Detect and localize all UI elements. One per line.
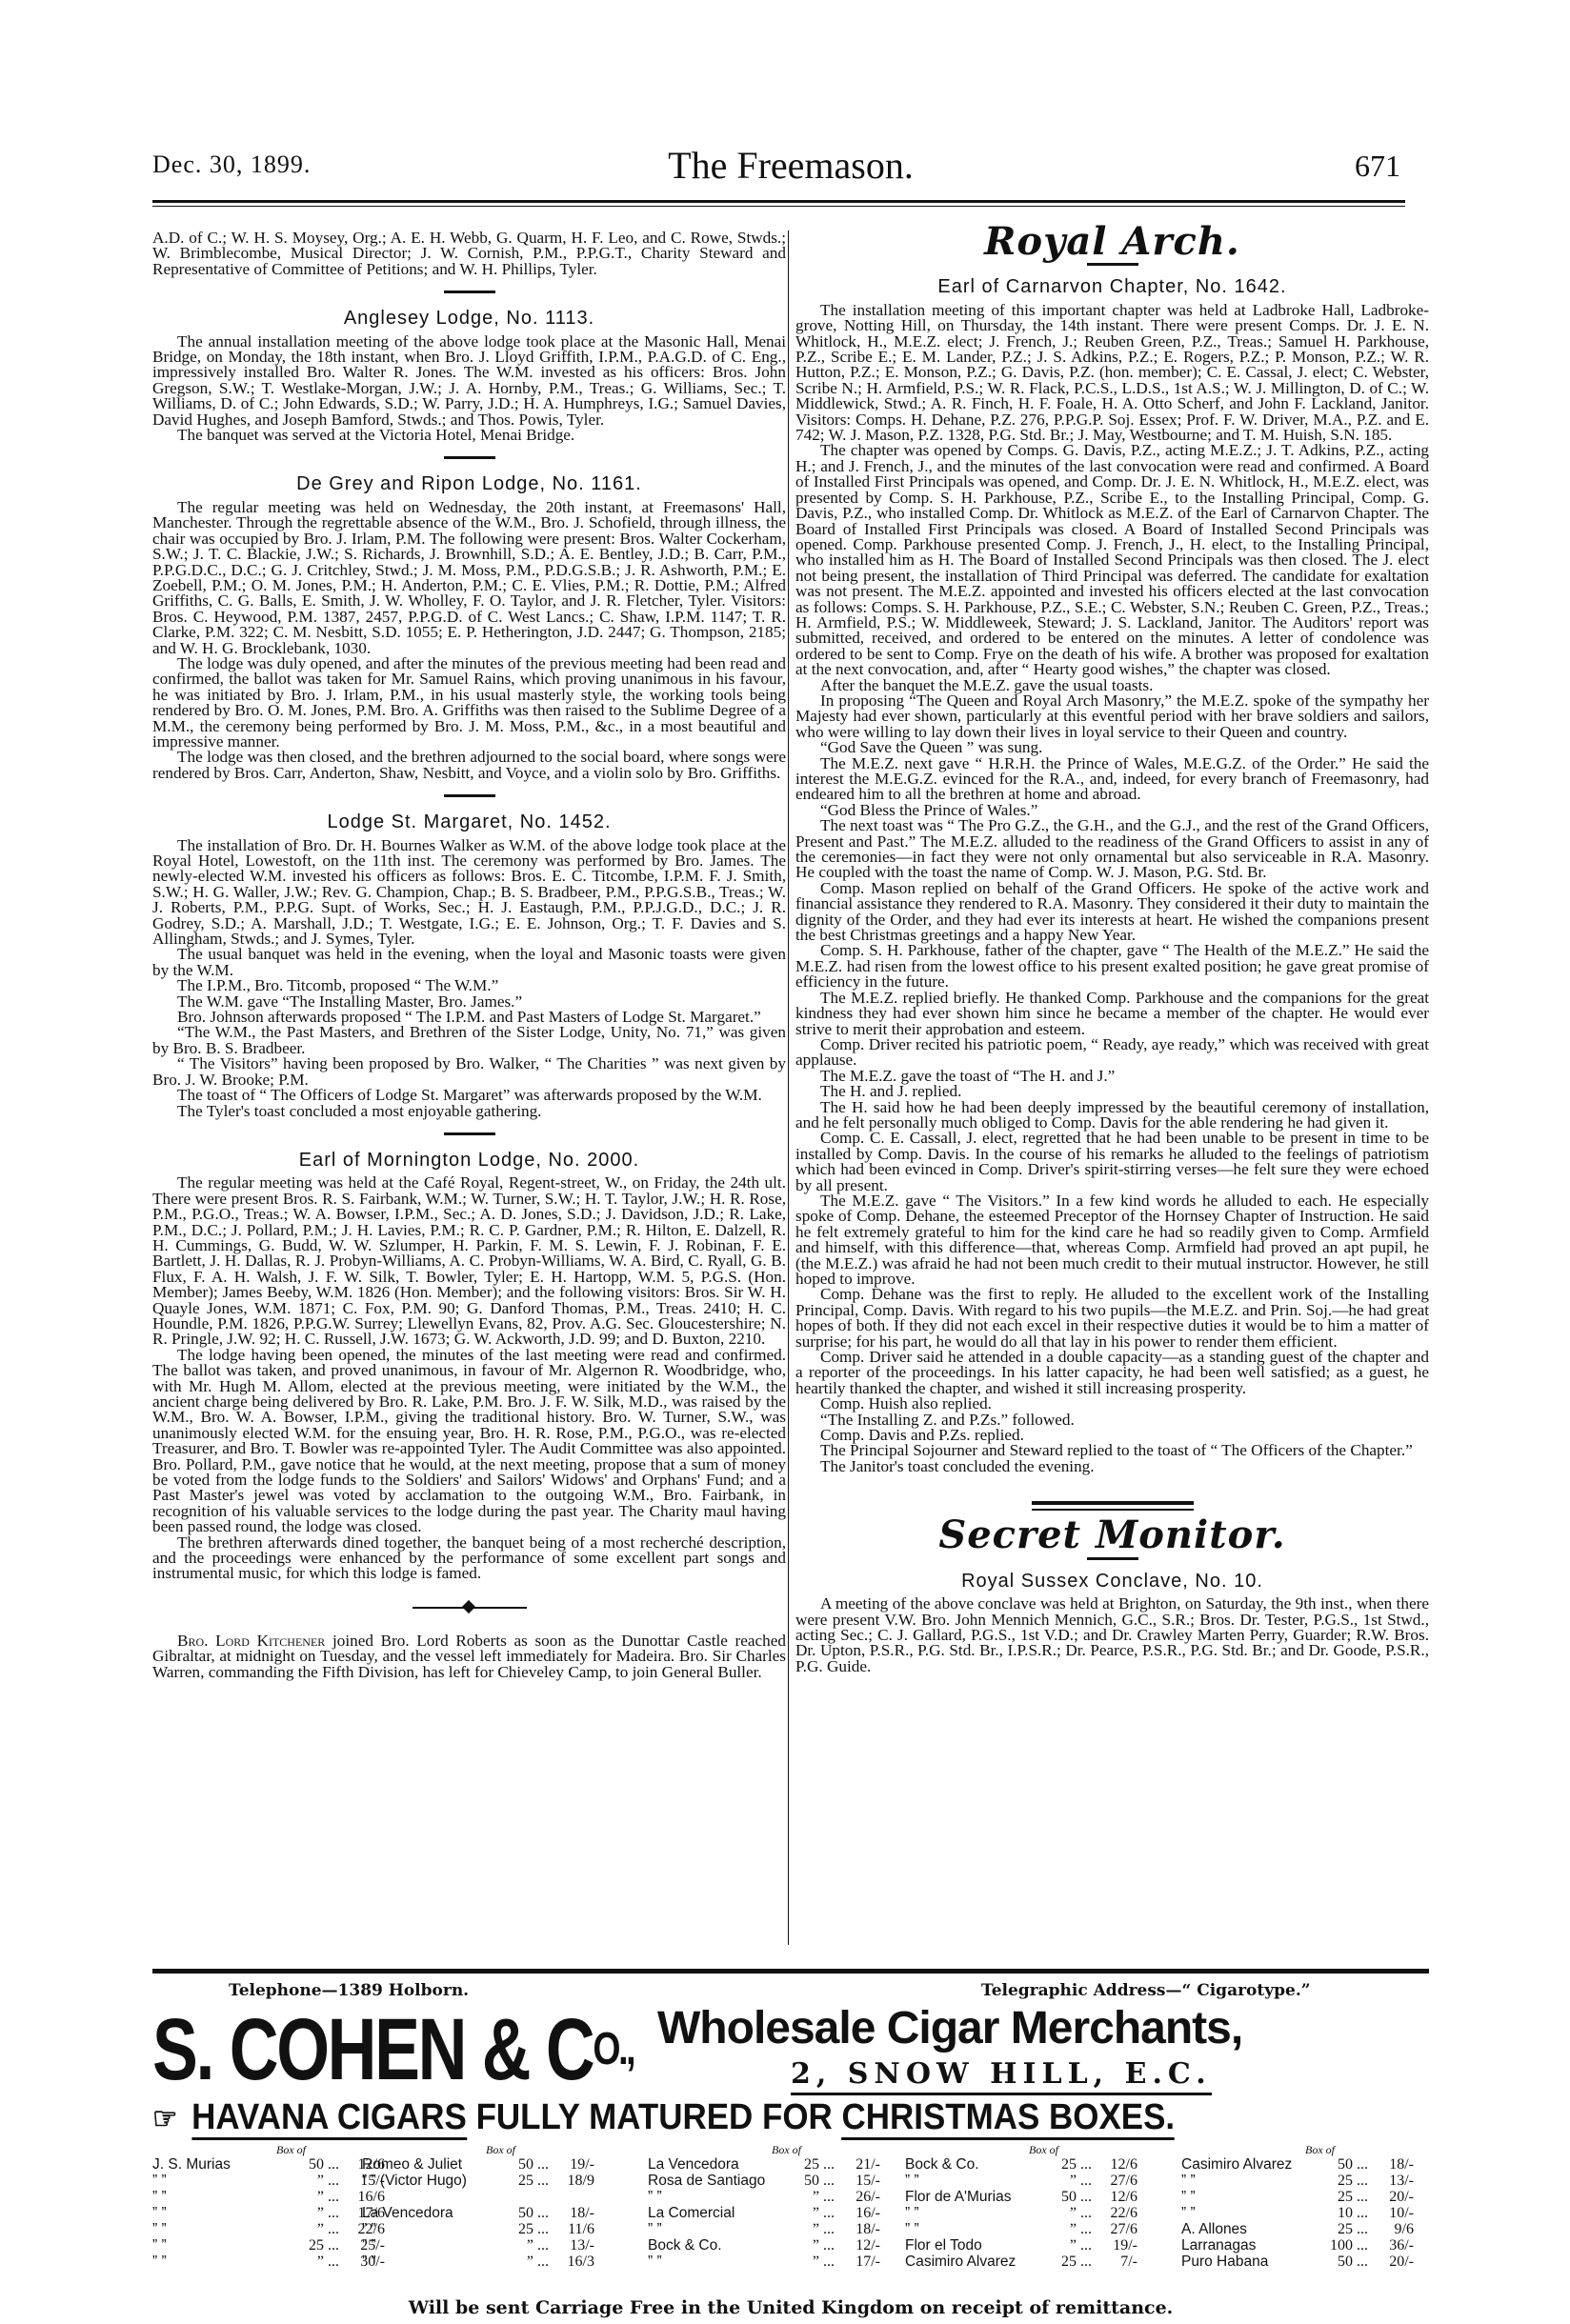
paragraph: Comp. C. E. Cassall, J. elect, regretted… (795, 1131, 1429, 1193)
price-row: ” ”” ... 22/6 (905, 2205, 1137, 2221)
paragraph: The M.E.Z. gave “ The Visitors.” In a fe… (795, 1193, 1429, 1287)
price-row: ” ”” ... 22/6 (152, 2221, 385, 2237)
cigar-name: ” ” (362, 2221, 495, 2237)
cigar-name: ” ” (152, 2205, 286, 2221)
leader-dots: ... (1077, 2156, 1096, 2173)
price: 18/- (838, 2221, 880, 2237)
price-row: La Comercial” ... 16/- (648, 2205, 880, 2221)
box-quantity: 50 (495, 2205, 533, 2221)
paragraph: The lodge having been opened, the minute… (152, 1348, 786, 1535)
cigar-name: ” ” (1181, 2205, 1315, 2221)
telephone: Telephone—1389 Holborn. (229, 1981, 469, 2000)
cigar-name: A. Allones (1181, 2221, 1315, 2237)
price-row: ” ”” ... 17/6 (152, 2205, 385, 2221)
cigar-name: Casimiro Alvarez (1181, 2156, 1315, 2173)
cigar-name: ” ” (905, 2173, 1038, 2189)
left-column: A.D. of C.; W. H. S. Moysey, Org.; A. E.… (152, 230, 786, 1680)
leader-dots: ... (819, 2221, 838, 2237)
box-quantity: ” (1038, 2205, 1077, 2221)
cigar-advertisement: Telephone—1389 Holborn. Telegraphic Addr… (152, 1969, 1429, 2276)
box-quantity: 25 (495, 2173, 533, 2189)
article-body: The installation meeting of this importa… (795, 303, 1429, 1474)
paragraph: The brethren afterwards dined together, … (152, 1535, 786, 1582)
news-note: Bro. Lord Kitchener joined Bro. Lord Rob… (152, 1633, 786, 1680)
separator (444, 794, 495, 797)
leader-dots: ... (324, 2156, 343, 2173)
price-row: J. S. Murias50 ... 12/6 (152, 2156, 385, 2173)
box-of-label: Box of (362, 2143, 594, 2156)
box-quantity: 50 (1315, 2254, 1353, 2270)
price-row: Rosa de Santiago50 ... 15/- (648, 2173, 880, 2189)
price: 12/6 (1096, 2156, 1137, 2173)
leader-dots: ... (1077, 2221, 1096, 2237)
leader-dots: ... (324, 2237, 343, 2254)
cigar-name: ” ” (Victor Hugo) (362, 2173, 495, 2189)
ad-offer: ☞HAVANA CIGARS FULLY MATURED FOR CHRISTM… (152, 2097, 1327, 2143)
cigar-name: ” ” (648, 2221, 781, 2237)
separator (444, 1132, 495, 1135)
box-quantity: ” (495, 2237, 533, 2254)
box-quantity: ” (781, 2254, 819, 2270)
leader-dots: ... (1353, 2205, 1372, 2221)
cigar-name: Puro Habana (1181, 2254, 1315, 2270)
box-quantity: ” (781, 2189, 819, 2205)
ornament-separator (413, 1607, 527, 1609)
price-row: ” ” (Victor Hugo)25 ... 18/9 (362, 2173, 594, 2189)
price: 9/6 (1372, 2221, 1414, 2237)
paragraph: Comp. Mason replied on behalf of the Gra… (795, 881, 1429, 944)
price: 16/- (838, 2205, 880, 2221)
article-heading: Anglesey Lodge, No. 1113. (152, 311, 786, 326)
leader-dots: ... (324, 2173, 343, 2189)
cigar-name: ” ” (152, 2221, 286, 2237)
price: 27/6 (1096, 2221, 1137, 2237)
price-column: Box ofLa Vencedora25 ... 21/-Rosa de San… (648, 2143, 880, 2270)
paragraph: The lodge was duly opened, and after the… (152, 656, 786, 750)
article-heading: Royal Sussex Conclave, No. 10. (795, 1573, 1429, 1589)
price-column: Box ofRomeo & Juliet50 ... 19/-” ” (Vict… (362, 2143, 594, 2270)
price: 21/- (838, 2156, 880, 2173)
continued-text: A.D. of C.; W. H. S. Moysey, Org.; A. E.… (152, 230, 786, 277)
leader-dots: ... (1077, 2205, 1096, 2221)
ad-footer: Will be sent Carriage Free in the United… (152, 2297, 1429, 2318)
price: 18/- (1372, 2156, 1414, 2173)
price: 10/- (1372, 2205, 1414, 2221)
box-quantity: 25 (495, 2221, 533, 2237)
price-row: ” ”” ... 27/6 (905, 2221, 1137, 2237)
paragraph: The installation of Bro. Dr. H. Bournes … (152, 838, 786, 948)
paragraph: Comp. Driver said he attended in a doubl… (795, 1350, 1429, 1396)
article-heading: Earl of Mornington Lodge, No. 2000. (152, 1152, 786, 1168)
cigar-name: Flor de A'Murias (905, 2189, 1038, 2205)
price-row: ” ”25 ... 11/6 (362, 2221, 594, 2237)
leader-dots: ... (324, 2189, 343, 2205)
paragraph: The annual installation meeting of the a… (152, 334, 786, 428)
price: 7/- (1096, 2254, 1137, 2270)
leader-dots: ... (533, 2221, 553, 2237)
price: 12/6 (1096, 2189, 1137, 2205)
box-quantity: ” (286, 2189, 324, 2205)
leader-dots: ... (1353, 2156, 1372, 2173)
cigar-name: J. S. Murias (152, 2156, 286, 2173)
box-quantity: ” (1038, 2221, 1077, 2237)
cigar-name: Bock & Co. (905, 2156, 1038, 2173)
section-separator (1032, 1501, 1194, 1511)
box-quantity: ” (781, 2221, 819, 2237)
paragraph: The regular meeting was held on Wednesda… (152, 500, 786, 656)
article-heading: De Grey and Ripon Lodge, No. 1161. (152, 476, 786, 491)
leader-dots: ... (324, 2254, 343, 2270)
price-row: A. Allones25 ... 9/6 (1181, 2221, 1414, 2237)
box-of-label: Box of (648, 2143, 880, 2156)
separator (444, 290, 495, 293)
article-heading: Earl of Carnarvon Chapter, No. 1642. (795, 279, 1429, 294)
telegraphic-address: Telegraphic Address—“ Cigarotype.” (981, 1981, 1311, 2000)
box-quantity: 25 (1315, 2221, 1353, 2237)
ad-brand: S. COHEN & CO., Wholesale Cigar Merchant… (152, 2002, 1429, 2097)
price-row: ” ”” ... 30/- (152, 2254, 385, 2270)
box-quantity: 25 (1315, 2173, 1353, 2189)
box-quantity: 50 (286, 2156, 324, 2173)
price: 12/- (838, 2237, 880, 2254)
price-column: Box ofBock & Co.25 ... 12/6” ”” ... 27/6… (905, 2143, 1137, 2270)
cigar-name: Casimiro Alvarez (905, 2254, 1038, 2270)
price: 20/- (1372, 2254, 1414, 2270)
paragraph: Comp. S. H. Parkhouse, father of the cha… (795, 943, 1429, 990)
cigar-name: La Vencedora (362, 2205, 495, 2221)
cigar-name: La Vencedora (648, 2156, 781, 2173)
cigar-name: ” ” (152, 2254, 286, 2270)
leader-dots: ... (819, 2237, 838, 2254)
paragraph: The M.E.Z. replied briefly. He thanked C… (795, 991, 1429, 1037)
leader-dots: ... (1077, 2189, 1096, 2205)
paragraph: The banquet was served at the Victoria H… (152, 428, 786, 443)
box-quantity: ” (495, 2254, 533, 2270)
price-row: Flor de A'Murias50 ... 12/6 (905, 2189, 1137, 2205)
leader-dots: ... (819, 2189, 838, 2205)
paragraph: The installation meeting of this importa… (795, 303, 1429, 444)
leader-dots: ... (324, 2221, 343, 2237)
paragraph: The usual banquet was held in the evenin… (152, 947, 786, 978)
price: 36/- (1372, 2237, 1414, 2254)
price-row: Bock & Co.25 ... 12/6 (905, 2156, 1137, 2173)
paragraph: The next toast was “ The Pro G.Z., the G… (795, 818, 1429, 881)
box-of-label: Box of (1181, 2143, 1414, 2156)
leader-dots: ... (1353, 2237, 1372, 2254)
cigar-name: La Comercial (648, 2205, 781, 2221)
article-body: A meeting of the above conclave was held… (795, 1596, 1429, 1674)
paragraph: “ The Visitors” having been proposed by … (152, 1056, 786, 1088)
box-quantity: 25 (781, 2156, 819, 2173)
box-quantity: 50 (1038, 2189, 1077, 2205)
leader-dots: ... (324, 2205, 343, 2221)
box-quantity: 25 (1038, 2254, 1077, 2270)
cigar-name: ” ” (152, 2189, 286, 2205)
box-quantity: 25 (1315, 2189, 1353, 2205)
cigar-name: ” ” (648, 2254, 781, 2270)
price-row: ” ”” ... 16/6 (152, 2189, 385, 2205)
paragraph: Comp. Driver recited his patriotic poem,… (795, 1037, 1429, 1069)
paragraph: In proposing “The Queen and Royal Arch M… (795, 693, 1429, 740)
newspaper-page: Dec. 30, 1899. The Freemason. 671 A.D. o… (152, 143, 1429, 207)
section-title-royal-arch: Royal Arch. (795, 234, 1429, 250)
price-row: La Vencedora50 ... 18/- (362, 2205, 594, 2221)
cigar-name: ” ” (362, 2254, 495, 2270)
price-list: Box ofJ. S. Murias50 ... 12/6” ”” ... 15… (152, 2143, 1429, 2276)
cigar-name: Rosa de Santiago (648, 2173, 781, 2189)
leader-dots: ... (533, 2237, 553, 2254)
leader-dots: ... (819, 2156, 838, 2173)
leader-dots: ... (1353, 2173, 1372, 2189)
paragraph: The Tyler's toast concluded a most enjoy… (152, 1104, 786, 1119)
leader-dots: ... (819, 2254, 838, 2270)
left-articles: Anglesey Lodge, No. 1113.The annual inst… (152, 311, 786, 1582)
leader-dots: ... (533, 2156, 553, 2173)
paragraph: The chapter was opened by Comps. G. Davi… (795, 443, 1429, 677)
cigar-name: ” ” (152, 2173, 286, 2189)
price-row: ” ”” ... 17/- (648, 2254, 880, 2270)
masthead-rule (152, 200, 1405, 207)
box-quantity: 10 (1315, 2205, 1353, 2221)
leader-dots: ... (533, 2254, 553, 2270)
box-of-label: Box of (905, 2143, 1137, 2156)
leader-dots: ... (1077, 2237, 1096, 2254)
price-row: ” ”” ... 16/3 (362, 2254, 594, 2270)
column-divider (788, 230, 789, 1945)
price: 27/6 (1096, 2173, 1137, 2189)
cigar-name: ” ” (905, 2205, 1038, 2221)
box-quantity: ” (286, 2254, 324, 2270)
price-row: ” ”10 ... 10/- (1181, 2205, 1414, 2221)
paragraph: The H. said how he had been deeply impre… (795, 1100, 1429, 1132)
box-quantity: 100 (1315, 2237, 1353, 2254)
price: 15/- (838, 2173, 880, 2189)
price-column: Box ofCasimiro Alvarez50 ... 18/-” ”25 .… (1181, 2143, 1414, 2270)
leader-dots: ... (1077, 2173, 1096, 2189)
price: 22/6 (1096, 2205, 1137, 2221)
price-row: ” ”25 ... 20/- (1181, 2189, 1414, 2205)
box-quantity: ” (781, 2205, 819, 2221)
price-row: Bock & Co.” ... 12/- (648, 2237, 880, 2254)
price-row: Larranagas100 ... 36/- (1181, 2237, 1414, 2254)
price-row: Casimiro Alvarez50 ... 18/- (1181, 2156, 1414, 2173)
separator (1087, 1557, 1138, 1560)
box-quantity: ” (286, 2173, 324, 2189)
price-row: Casimiro Alvarez25 ... 7/- (905, 2254, 1137, 2270)
box-quantity: 25 (1038, 2156, 1077, 2173)
price: 13/- (1372, 2173, 1414, 2189)
cigar-name: Bock & Co. (648, 2237, 781, 2254)
price: 18/9 (553, 2173, 594, 2189)
cigar-name: ” ” (1181, 2189, 1315, 2205)
cigar-name: Larranagas (1181, 2237, 1315, 2254)
section-title-secret-monitor: Secret Monitor. (795, 1528, 1429, 1543)
price: 20/- (1372, 2189, 1414, 2205)
cigar-name: ” ” (1181, 2173, 1315, 2189)
price-row: Puro Habana50 ... 20/- (1181, 2254, 1414, 2270)
box-quantity: 50 (1315, 2156, 1353, 2173)
price-row: ” ”25 ... 13/- (1181, 2173, 1414, 2189)
masthead: Dec. 30, 1899. The Freemason. 671 (152, 143, 1429, 200)
cigar-name: ” ” (905, 2221, 1038, 2237)
separator (444, 456, 495, 459)
paragraph: “The W.M., the Past Masters, and Brethre… (152, 1025, 786, 1056)
box-quantity: ” (286, 2221, 324, 2237)
price: 19/- (1096, 2237, 1137, 2254)
leader-dots: ... (1353, 2221, 1372, 2237)
price-row: Romeo & Juliet50 ... 19/- (362, 2156, 594, 2173)
ad-contacts: Telephone—1389 Holborn. Telegraphic Addr… (152, 1973, 1429, 2002)
box-quantity: 50 (781, 2173, 819, 2189)
box-quantity: ” (781, 2237, 819, 2254)
paragraph: The M.E.Z. next gave “ H.R.H. the Prince… (795, 756, 1429, 803)
box-of-label: Box of (152, 2143, 385, 2156)
cigar-name: ” ” (152, 2237, 286, 2254)
price-row: ” ”” ... 27/6 (905, 2173, 1137, 2189)
paragraph: The Janitor's toast concluded the evenin… (795, 1459, 1429, 1474)
price-row: La Vencedora25 ... 21/- (648, 2156, 880, 2173)
box-quantity: ” (286, 2205, 324, 2221)
price: 11/6 (553, 2221, 594, 2237)
box-quantity: ” (1038, 2237, 1077, 2254)
page-number: 671 (1355, 149, 1400, 184)
price-row: ” ”” ... 13/- (362, 2237, 594, 2254)
price-row: ” ”25 ... 25/- (152, 2237, 385, 2254)
article-heading: Lodge St. Margaret, No. 1452. (152, 814, 786, 830)
brand-tagline: Wholesale Cigar Merchants, (657, 2002, 1242, 2054)
leader-dots: ... (533, 2205, 553, 2221)
price-row: ” ”” ... 26/- (648, 2189, 880, 2205)
paragraph: The regular meeting was held at the Café… (152, 1175, 786, 1347)
price-row: Flor el Todo” ... 19/- (905, 2237, 1137, 2254)
price-column: Box ofJ. S. Murias50 ... 12/6” ”” ... 15… (152, 2143, 385, 2270)
price-row: ” ”” ... 18/- (648, 2221, 880, 2237)
price: 26/- (838, 2189, 880, 2205)
leader-dots: ... (1353, 2254, 1372, 2270)
paragraph: The lodge was then closed, and the breth… (152, 750, 786, 781)
leader-dots: ... (533, 2173, 553, 2189)
cigar-name: Romeo & Juliet (362, 2156, 495, 2173)
box-quantity: ” (1038, 2173, 1077, 2189)
cigar-name: Flor el Todo (905, 2237, 1038, 2254)
brand-name: S. COHEN & CO., (152, 2002, 634, 2097)
leader-dots: ... (819, 2205, 838, 2221)
price: 17/- (838, 2254, 880, 2270)
price-row: ” ”” ... 15/- (152, 2173, 385, 2189)
price: 13/- (553, 2237, 594, 2254)
right-column: Royal Arch. Earl of Carnarvon Chapter, N… (795, 230, 1429, 1674)
paragraph: A meeting of the above conclave was held… (795, 1596, 1429, 1674)
leader-dots: ... (1077, 2254, 1096, 2270)
price: 18/- (553, 2205, 594, 2221)
publication-title: The Freemason. (152, 143, 1429, 188)
paragraph: Comp. Dehane was the first to reply. He … (795, 1287, 1429, 1350)
cigar-name: ” ” (648, 2189, 781, 2205)
cigar-name: ” ” (362, 2237, 495, 2254)
box-quantity: 25 (286, 2237, 324, 2254)
price-row (362, 2189, 594, 2205)
pointing-hand-icon: ☞ (152, 2101, 177, 2135)
price: 19/- (553, 2156, 594, 2173)
leader-dots: ... (819, 2173, 838, 2189)
leader-dots: ... (1353, 2189, 1372, 2205)
price: 16/3 (553, 2254, 594, 2270)
brand-address: 2, SNOW HILL, E.C. (791, 2057, 1212, 2091)
box-quantity: 50 (495, 2156, 533, 2173)
article-columns: A.D. of C.; W. H. S. Moysey, Org.; A. E.… (152, 211, 1429, 1964)
